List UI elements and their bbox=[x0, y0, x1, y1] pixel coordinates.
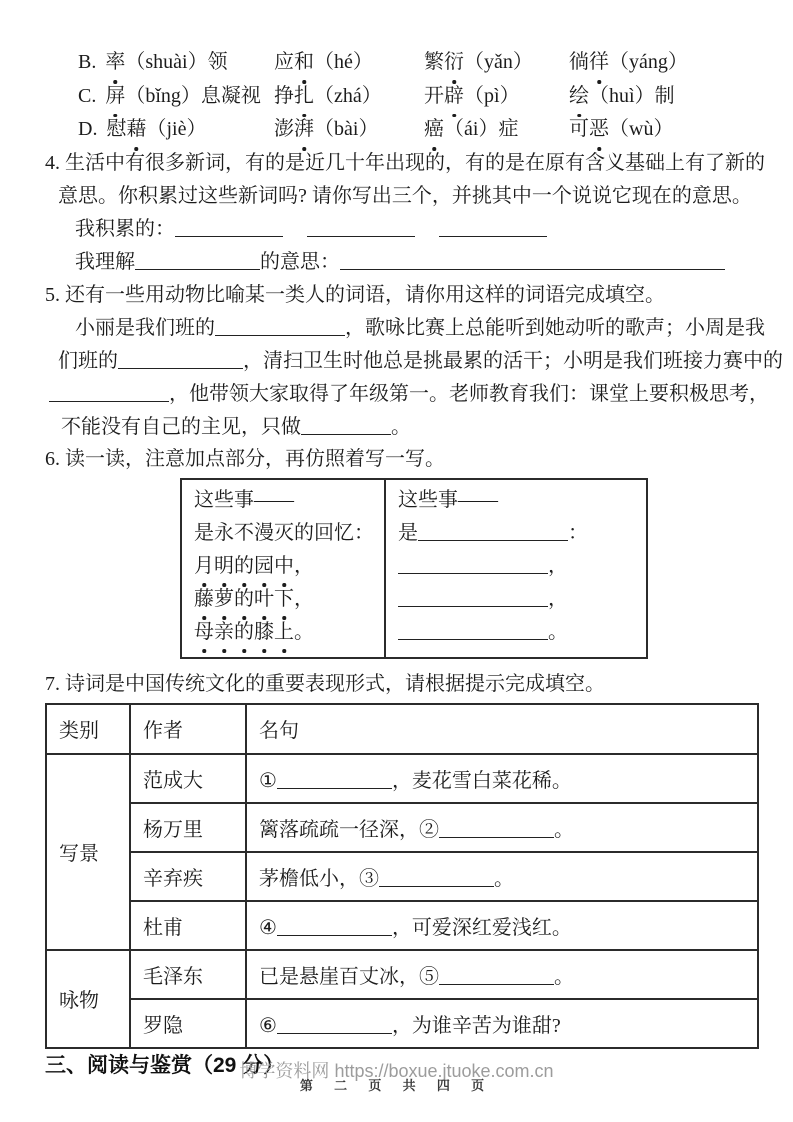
q6-text: ， bbox=[548, 588, 568, 610]
header-author: 作者 bbox=[130, 704, 246, 754]
header-line: 名句 bbox=[246, 704, 758, 754]
author-cell: 杨万里 bbox=[130, 803, 246, 852]
blank-underline bbox=[307, 216, 415, 237]
poem-line: 这些事—— bbox=[398, 484, 636, 517]
poem-line: 是永不漫灭的回忆： bbox=[194, 517, 374, 550]
header-category: 类别 bbox=[46, 704, 130, 754]
blank-underline bbox=[340, 249, 725, 270]
poem-answer-line: 。 bbox=[398, 616, 636, 649]
poem-answer-line: ， bbox=[398, 583, 636, 616]
blank-underline bbox=[439, 964, 554, 985]
q6-text: ： bbox=[568, 522, 588, 544]
author-cell: 罗隐 bbox=[130, 999, 246, 1048]
q5-text: 不能没有自己的主见，只做 bbox=[61, 416, 301, 438]
table-row: 罗隐 ⑥，为谁辛苦为谁甜? bbox=[46, 999, 758, 1048]
question4-understand-line: 我理解的意思： bbox=[75, 246, 759, 279]
verse-text: 。 bbox=[554, 966, 574, 988]
question4-accumulate-line: 我积累的： bbox=[75, 213, 759, 246]
question4: 4. 生活中有很多新词，有的是近几十年出现的，有的是在原有含义基础上有了新的 意… bbox=[45, 147, 759, 279]
q5-text: 小丽是我们班的 bbox=[75, 317, 215, 339]
question5-title: 5. 还有一些用动物比喻某一类人的词语，请你用这样的词语完成填空。 bbox=[45, 279, 759, 312]
example-poem-cell: 这些事—— 是永不漫灭的回忆： 月明的园中， 藤萝的叶下， 母亲的膝上。 bbox=[181, 479, 385, 658]
question6-title: 6. 读一读，注意加点部分，再仿照着写一写。 bbox=[45, 444, 759, 474]
student-answer-cell: 这些事—— 是： ， ， 。 bbox=[385, 479, 647, 658]
option-row-c: C.屏（bǐng）息凝视 挣扎（zhá） 开辟（pì） 绘（huì）制 bbox=[78, 80, 759, 114]
poem-answer-line: 是： bbox=[398, 517, 636, 550]
option-row-b: B.率（shuài）领 应和（hé） 繁衍（yǎn） 徜徉（yáng） bbox=[78, 46, 759, 80]
blank-underline bbox=[379, 866, 494, 887]
option-label: D. bbox=[78, 118, 97, 140]
verse-text: 已是悬崖百丈冰，⑤ bbox=[259, 966, 439, 988]
verse-cell: 茅檐低小，③。 bbox=[246, 852, 758, 901]
question3-pinyin-options: B.率（shuài）领 应和（hé） 繁衍（yǎn） 徜徉（yáng） C.屏（… bbox=[45, 46, 759, 147]
blank-underline bbox=[175, 216, 283, 237]
question7: 7. 诗词是中国传统文化的重要表现形式，请根据提示完成填空。 类别 作者 名句 … bbox=[45, 668, 759, 1049]
verse-text: 篱落疏疏一径深，② bbox=[259, 819, 439, 841]
option-word: 徜徉（yáng） bbox=[569, 46, 759, 80]
poem-line: 这些事—— bbox=[194, 484, 374, 517]
q6-text: 。 bbox=[548, 621, 568, 643]
verse-text: ⑥ bbox=[259, 1015, 277, 1037]
option-word: 可恶（wù） bbox=[569, 113, 759, 147]
q5-text: 。 bbox=[391, 416, 411, 438]
blank-underline bbox=[277, 1013, 392, 1034]
author-cell: 辛弃疾 bbox=[130, 852, 246, 901]
verse-text: 。 bbox=[554, 819, 574, 841]
author-cell: 毛泽东 bbox=[130, 950, 246, 999]
understand-label: 我理解 bbox=[75, 251, 135, 273]
q5-text: ，清扫卫生时他总是挑最累的活干；小明是我们班接力赛中的 bbox=[243, 350, 783, 372]
blank-underline bbox=[418, 520, 568, 541]
blank-underline bbox=[398, 586, 548, 607]
page-content: B.率（shuài）领 应和（hé） 繁衍（yǎn） 徜徉（yáng） C.屏（… bbox=[45, 46, 759, 1079]
blank-underline bbox=[118, 348, 243, 369]
option-label: C. bbox=[78, 85, 96, 107]
poem-line-dotted: 母亲的膝上。 bbox=[194, 616, 374, 649]
option-label: B. bbox=[78, 51, 96, 73]
table-row: 咏物 毛泽东 已是悬崖百丈冰，⑤。 bbox=[46, 950, 758, 999]
option-word: 癌（ái）症 bbox=[424, 113, 569, 147]
option-word: 开辟（pì） bbox=[424, 80, 569, 114]
author-cell: 杜甫 bbox=[130, 901, 246, 950]
question5: 5. 还有一些用动物比喻某一类人的词语，请你用这样的词语完成填空。 小丽是我们班… bbox=[45, 279, 759, 444]
question5-line1: 小丽是我们班的，歌咏比赛上总能听到她动听的歌声；小周是我 bbox=[75, 312, 759, 345]
q5-text: ，歌咏比赛上总能听到她动听的歌声；小周是我 bbox=[345, 317, 765, 339]
blank-underline bbox=[277, 768, 392, 789]
category-cell: 咏物 bbox=[46, 950, 130, 1048]
table-row: 杨万里 篱落疏疏一径深，②。 bbox=[46, 803, 758, 852]
option-word: 繁衍（yǎn） bbox=[424, 46, 569, 80]
question4-text-line2: 意思。你积累过这些新词吗? 请你写出三个，并挑其中一个说说它现在的意思。 bbox=[58, 180, 759, 213]
verse-cell: ④，可爱深红爱浅红。 bbox=[246, 901, 758, 950]
question5-line2: 们班的，清扫卫生时他总是挑最累的活干；小明是我们班接力赛中的 bbox=[58, 345, 759, 378]
question5-line3: ，他带领大家取得了年级第一。老师教育我们：课堂上要积极思考， bbox=[49, 378, 759, 411]
author-cell: 范成大 bbox=[130, 754, 246, 803]
blank-underline bbox=[398, 553, 548, 574]
accumulate-label: 我积累的： bbox=[75, 218, 175, 240]
q5-text: 们班的 bbox=[58, 350, 118, 372]
table-row: 写景 范成大 ①，麦花雪白菜花稀。 bbox=[46, 754, 758, 803]
q6-text: 是 bbox=[398, 522, 418, 544]
imitate-writing-table: 这些事—— 是永不漫灭的回忆： 月明的园中， 藤萝的叶下， 母亲的膝上。 这些事… bbox=[180, 478, 648, 659]
blank-underline bbox=[398, 619, 548, 640]
option-cell: B.率（shuài）领 bbox=[78, 46, 274, 80]
blank-underline bbox=[301, 414, 391, 435]
option-word: 挣扎（zhá） bbox=[274, 80, 424, 114]
verse-text: 茅檐低小，③ bbox=[259, 868, 379, 890]
question6: 6. 读一读，注意加点部分，再仿照着写一写。 这些事—— 是永不漫灭的回忆： 月… bbox=[45, 444, 759, 659]
option-cell: C.屏（bǐng）息凝视 bbox=[78, 80, 274, 114]
verse-cell: ⑥，为谁辛苦为谁甜? bbox=[246, 999, 758, 1048]
verse-cell: 篱落疏疏一径深，②。 bbox=[246, 803, 758, 852]
verse-text: ，为谁辛苦为谁甜? bbox=[392, 1015, 561, 1037]
verse-text: 。 bbox=[494, 868, 514, 890]
question7-title: 7. 诗词是中国传统文化的重要表现形式，请根据提示完成填空。 bbox=[45, 668, 759, 701]
option-word: 澎湃（bài） bbox=[274, 113, 424, 147]
q6-text: ， bbox=[548, 555, 568, 577]
q5-text: ，他带领大家取得了年级第一。老师教育我们：课堂上要积极思考， bbox=[169, 383, 769, 405]
blank-underline bbox=[277, 915, 392, 936]
option-word: 应和（hé） bbox=[274, 46, 424, 80]
verse-text: ④ bbox=[259, 917, 277, 939]
blank-underline bbox=[135, 249, 260, 270]
table-header-row: 类别 作者 名句 bbox=[46, 704, 758, 754]
blank-underline bbox=[439, 817, 554, 838]
option-word: 慰藉（jiè） bbox=[106, 118, 206, 140]
blank-underline bbox=[215, 315, 345, 336]
table-row: 杜甫 ④，可爱深红爱浅红。 bbox=[46, 901, 758, 950]
poetry-table: 类别 作者 名句 写景 范成大 ①，麦花雪白菜花稀。 杨万里 篱落疏疏一径深，②… bbox=[45, 703, 759, 1049]
option-row-d: D.慰藉（jiè） 澎湃（bài） 癌（ái）症 可恶（wù） bbox=[78, 113, 759, 147]
verse-cell: ①，麦花雪白菜花稀。 bbox=[246, 754, 758, 803]
question4-text-line1: 4. 生活中有很多新词，有的是近几十年出现的，有的是在原有含义基础上有了新的 bbox=[45, 147, 759, 180]
question5-line4: 不能没有自己的主见，只做。 bbox=[61, 411, 759, 444]
blank-underline bbox=[49, 381, 169, 402]
verse-text: ，麦花雪白菜花稀。 bbox=[392, 770, 572, 792]
understand-mid-label: 的意思： bbox=[260, 251, 340, 273]
poem-line-dotted: 月明的园中， bbox=[194, 550, 374, 583]
table-row: 辛弃疾 茅檐低小，③。 bbox=[46, 852, 758, 901]
exam-paper-page: B.率（shuài）领 应和（hé） 繁衍（yǎn） 徜徉（yáng） C.屏（… bbox=[0, 0, 793, 1122]
footer-page-number: 第 二 页 共 四 页 bbox=[0, 1075, 793, 1094]
poem-answer-line: ， bbox=[398, 550, 636, 583]
blank-underline bbox=[439, 216, 547, 237]
verse-text: ，可爱深红爱浅红。 bbox=[392, 917, 572, 939]
verse-cell: 已是悬崖百丈冰，⑤。 bbox=[246, 950, 758, 999]
option-word: 屏（bǐng）息凝视 bbox=[105, 85, 261, 107]
poem-line-dotted: 藤萝的叶下， bbox=[194, 583, 374, 616]
verse-text: ① bbox=[259, 770, 277, 792]
option-word: 绘（huì）制 bbox=[569, 80, 759, 114]
category-cell: 写景 bbox=[46, 754, 130, 950]
option-word: 率（shuài）领 bbox=[105, 51, 227, 73]
option-cell: D.慰藉（jiè） bbox=[78, 113, 274, 147]
